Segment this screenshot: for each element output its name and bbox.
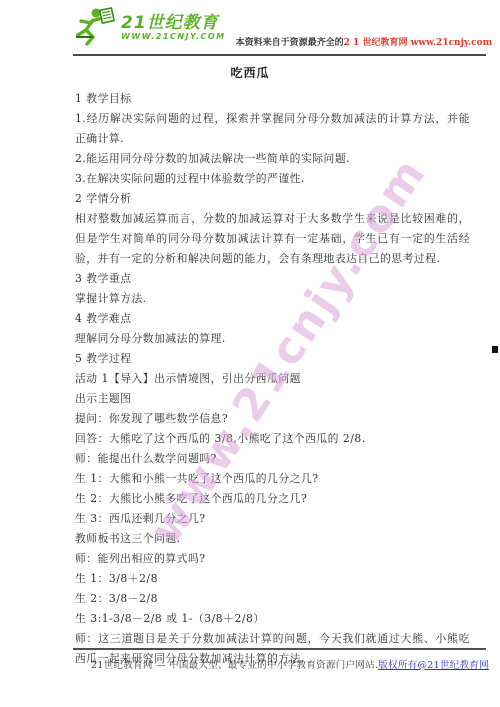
tagline-prefix: 本资料来自于资源最齐全的: [236, 38, 344, 48]
brand-logo: 21世纪教育 www.21cnjy.com: [73, 6, 226, 52]
paragraph: 掌握计算方法.: [75, 289, 470, 309]
running-figure-icon: [73, 6, 119, 52]
paragraph: 活动 1【导入】出示情境图，引出分西瓜问题: [75, 369, 470, 389]
brand-name: 21世纪教育: [121, 14, 226, 32]
page-title: 吃西瓜: [0, 64, 500, 81]
paragraph: 生 1：大熊和小熊一共吃了这个西瓜的几分之几?: [75, 469, 470, 489]
scan-artifact-dot: [492, 346, 498, 353]
footer-site-text: 21世纪教育网 — 中国最大型、最专业的中小学教育资源门户网站.: [91, 657, 378, 671]
page-footer: 21世纪教育网 — 中国最大型、最专业的中小学教育资源门户网站. 版权所有@21…: [73, 648, 486, 671]
paragraph: 回答：大熊吃了这个西瓜的 3/8,小熊吃了这个西瓜的 2/8.: [75, 429, 470, 449]
paragraph: 理解同分母分数加减法的算理.: [75, 329, 470, 349]
paragraph: 3.在解决实际问题的过程中体验数学的严谨性.: [75, 169, 470, 189]
paragraph: 师：能列出相应的算式吗?: [75, 549, 470, 569]
paragraph: 生 3:1-3/8－2/8 或 1-（3/8＋2/8）: [75, 609, 470, 629]
paragraph: 生 2：3/8－2/8: [75, 589, 470, 609]
paragraph: 1 教学目标: [75, 89, 470, 109]
paragraph: 生 1：3/8＋2/8: [75, 569, 470, 589]
paragraph: 4 教学难点: [75, 309, 470, 329]
paragraph: 2.能运用同分母分数的加减法解决一些简单的实际问题.: [75, 149, 470, 169]
paragraph: 3 教学重点: [75, 269, 470, 289]
paragraph: 出示主题图: [75, 389, 470, 409]
paragraph: 生 3：西瓜还剩几分之几?: [75, 509, 470, 529]
page-header: 21世纪教育 www.21cnjy.com 本资料来自于资源最齐全的2 1 世纪…: [0, 0, 500, 56]
paragraph: 2 学情分析: [75, 189, 470, 209]
footer-copyright-link[interactable]: 版权所有@21世纪教育网: [378, 657, 489, 671]
paragraph: 生 2：大熊比小熊多吃了这个西瓜的几分之几?: [75, 489, 470, 509]
header-tagline: 本资料来自于资源最齐全的2 1 世纪教育网 www.21cnjy.com: [236, 38, 493, 49]
paragraph: 教师板书这三个问题.: [75, 529, 470, 549]
paragraph: 提问：你发现了哪些数学信息?: [75, 409, 470, 429]
paragraph: 5 教学过程: [75, 349, 470, 369]
document-body: 1 教学目标1.经历解决实际问题的过程，探索并掌握同分母分数加减法的计算方法，并…: [0, 89, 500, 669]
header-divider: [73, 54, 486, 56]
brand-url: www.21cnjy.com: [121, 32, 226, 41]
paragraph: 1.经历解决实际问题的过程，探索并掌握同分母分数加减法的计算方法，并能正确计算.: [75, 109, 470, 149]
tagline-highlight: 2 1 世纪教育网 www.21cnjy.com: [344, 38, 493, 48]
paragraph: 相对整数加减运算而言，分数的加减运算对于大多数学生来说是比较困难的，但是学生对简…: [75, 209, 470, 269]
document-page: 21世纪教育 www.21cnjy.com 本资料来自于资源最齐全的2 1 世纪…: [0, 0, 500, 707]
paragraph: 师：能提出什么数学问题吗?: [75, 449, 470, 469]
